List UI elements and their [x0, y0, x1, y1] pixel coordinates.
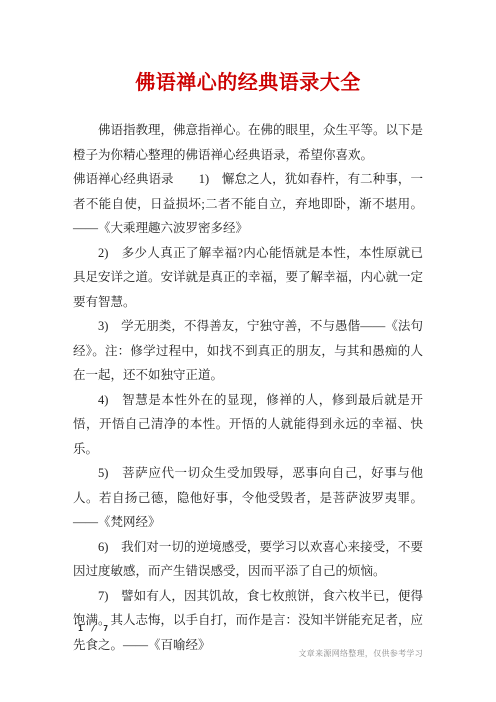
footer-source-note: 文章来源网络整理，仅供参考学习 — [299, 648, 424, 659]
document-page: 佛语禅心的经典语录大全 佛语指教理，佛意指禅心。在佛的眼里，众生平等。以下是橙子… — [0, 0, 496, 702]
paragraph-quote-3: 3) 学无朋类，不得善友，宁独守善，不与愚偕——《法句经》。注：修学过程中，如找… — [73, 314, 423, 388]
document-title: 佛语禅心的经典语录大全 — [0, 70, 496, 96]
paragraph-quote-5: 5) 菩萨应代一切众生受加毁辱，恶事向自己，好事与他人。若自扬己德，隐他好事，令… — [73, 461, 423, 535]
paragraph-quote-7: 7) 譬如有人，因其饥故，食七枚煎饼，食六枚半已，便得饱满。其人志悔，以手自打，… — [73, 584, 423, 658]
page-number: 1 / 7 — [78, 624, 110, 633]
paragraph-quote-2: 2) 多少人真正了解幸福?内心能悟就是本性，本性原就已具足安详之道。安详就是真正… — [73, 241, 423, 315]
paragraph-quote-4: 4) 智慧是本性外在的显现，修禅的人，修到最后就是开悟，开悟自己清净的本性。开悟… — [73, 388, 423, 462]
paragraph-quote-1: 佛语禅心经典语录 1) 懈怠之人，犹如舂杵，有二种事，一者不能自使，日益损坏;二… — [73, 167, 423, 241]
paragraph-intro: 佛语指教理，佛意指禅心。在佛的眼里，众生平等。以下是橙子为你精心整理的佛语禅心经… — [73, 118, 423, 167]
paragraph-quote-6: 6) 我们对一切的逆境感受，要学习以欢喜心来接受，不要因过度敏感，而产生错误感受… — [73, 535, 423, 584]
document-body: 佛语指教理，佛意指禅心。在佛的眼里，众生平等。以下是橙子为你精心整理的佛语禅心经… — [73, 118, 423, 657]
